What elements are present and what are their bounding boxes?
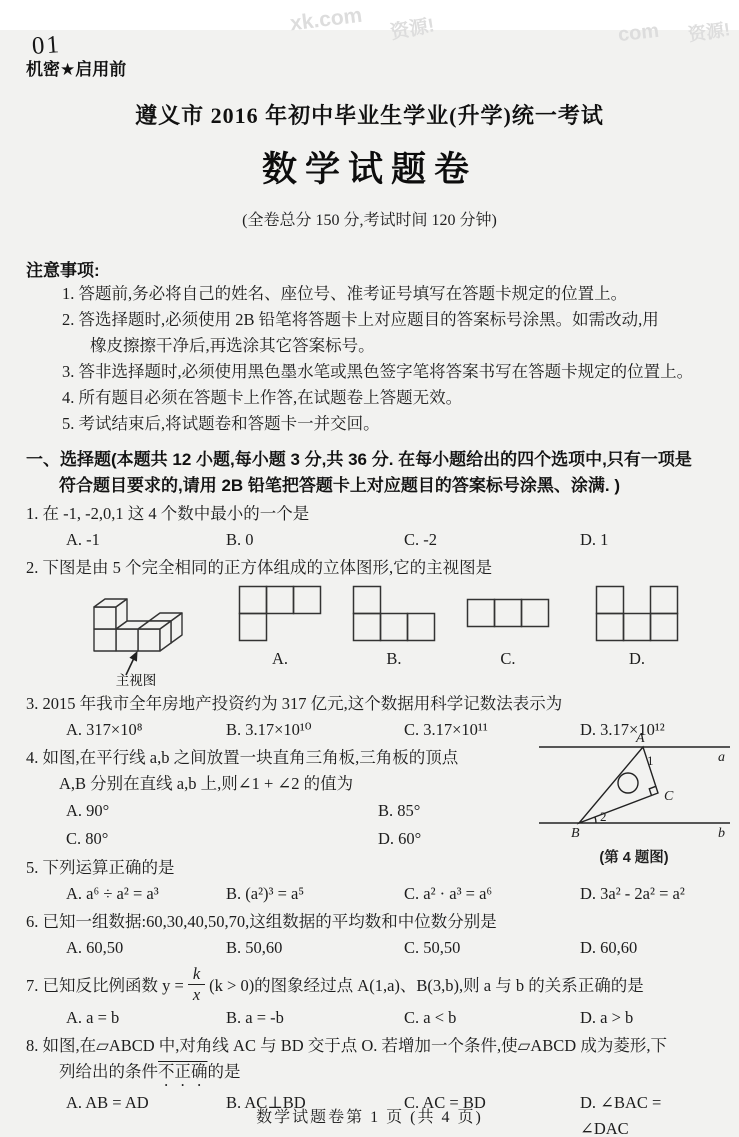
- question-1-text: 1. 在 -1, -2,0,1 这 4 个数中最小的一个是: [26, 501, 713, 527]
- q4-label-C: C: [664, 789, 674, 804]
- q4-figure-caption: (第 4 题图): [534, 846, 734, 867]
- section-1-heading-line1: 一、选择题(本题共 12 小题,每小题 3 分,共 36 分. 在每小题给出的四…: [26, 447, 713, 473]
- cubes-3d-figure: 主视图: [90, 585, 218, 694]
- parallel-lines-triangle-drawing: A B C a b 1 2: [534, 729, 734, 841]
- notice-item-3: 3. 答非选择题时,必须使用黑色墨水笔或黑色签字笔将答案书写在答题卡规定的位置上…: [26, 359, 713, 385]
- exam-info: (全卷总分 150 分,考试时间 120 分钟): [26, 207, 713, 230]
- section-1-heading-line2: 符合题目要求的,请用 2B 铅笔把答题卡上对应题目的答案标号涂黑、涂满. ): [26, 473, 713, 499]
- front-view-arrow: [126, 652, 137, 675]
- q7-option-a: A. a = b: [66, 1005, 226, 1031]
- q3-option-a: A. 317×10⁸: [66, 717, 226, 743]
- question-6-options: A. 60,50 B. 50,60 C. 50,50 D. 60,60: [26, 935, 713, 961]
- question-8-line2: 列给出的条件不正确的是: [26, 1059, 713, 1090]
- handwritten-corner-mark: 01: [31, 31, 62, 61]
- q6-option-c: C. 50,50: [404, 935, 580, 961]
- notice-item-2-cont: 橡皮擦擦干净后,再选涂其它答案标号。: [26, 333, 713, 359]
- question-6-text: 6. 已知一组数据:60,30,40,50,70,这组数据的平均数和中位数分别是: [26, 909, 713, 935]
- section-1-heading: 一、选择题(本题共 12 小题,每小题 3 分,共 36 分. 在每小题给出的四…: [26, 447, 713, 499]
- question-4-figure: A B C a b 1 2 (第 4 题图): [534, 729, 734, 867]
- q2-figure-option-a: A.: [238, 585, 322, 669]
- q5-option-c: C. a² · a³ = a⁶: [404, 881, 580, 907]
- q8-line2-pre: 列给出的条件: [59, 1062, 158, 1081]
- q2-shape-c: [466, 598, 550, 628]
- q4-label-line-a: a: [718, 750, 725, 765]
- q2-figure-option-d: D.: [595, 585, 679, 669]
- page-corner: 01 机密★启用前: [26, 30, 713, 81]
- notice-item-1: 1. 答题前,务必将自己的姓名、座位号、准考证号填写在答题卡规定的位置上。: [26, 281, 713, 307]
- cubes-3d-drawing: 主视图: [90, 585, 218, 689]
- q2-figure-label-c: C.: [466, 649, 550, 669]
- question-4-line2: A,B 分别在直线 a,b 上,则∠1 + ∠2 的值为: [26, 771, 531, 797]
- q7-fraction-numerator: k: [188, 965, 205, 986]
- question-5-options: A. a⁶ ÷ a² = a³ B. (a²)³ = a⁵ C. a² · a³…: [26, 881, 713, 907]
- exam-title: 遵义市 2016 年初中毕业生学业(升学)统一考试: [26, 99, 713, 130]
- question-8-text: 8. 如图,在▱ABCD 中,对角线 AC 与 BD 交于点 O. 若增加一个条…: [26, 1033, 713, 1090]
- q1-option-a: A. -1: [66, 527, 226, 553]
- q4-angle-1-label: 1: [647, 753, 654, 768]
- q2-figure-option-c: C.: [466, 585, 550, 669]
- question-7-options: A. a = b B. a = -b C. a < b D. a > b: [26, 1005, 713, 1031]
- q8-emphasized-text: 不正确: [158, 1062, 208, 1081]
- q2-figure-label-b: B.: [352, 649, 436, 669]
- q7-option-b: B. a = -b: [226, 1005, 404, 1031]
- page-footer: 数学试题卷第 1 页 (共 4 页): [0, 1104, 739, 1127]
- question-2-figures: 主视图 A. B.: [26, 585, 713, 689]
- question-4-line1: 4. 如图,在平行线 a,b 之间放置一块直角三角板,三角板的顶点: [26, 745, 531, 771]
- question-2-text: 2. 下图是由 5 个完全相同的正方体组成的立体图形,它的主视图是: [26, 555, 713, 581]
- q5-option-b: B. (a²)³ = a⁵: [226, 881, 404, 907]
- q6-option-b: B. 50,60: [226, 935, 404, 961]
- q7-fraction-denominator: x: [188, 985, 205, 1004]
- notice-item-5: 5. 考试结束后,将试题卷和答题卡一并交回。: [26, 411, 713, 437]
- q3-option-b: B. 3.17×10¹⁰: [226, 717, 404, 743]
- question-8-line1: 8. 如图,在▱ABCD 中,对角线 AC 与 BD 交于点 O. 若增加一个条…: [26, 1033, 713, 1059]
- q7-fraction: k x: [188, 965, 205, 1004]
- q1-option-c: C. -2: [404, 527, 580, 553]
- question-7-text: 7. 已知反比例函数 y = k x (k > 0)的图象经过点 A(1,a)、…: [26, 963, 713, 1005]
- subject-title: 数学试题卷: [26, 142, 713, 192]
- q4-option-a: A. 90°: [66, 797, 378, 825]
- q4-angle-2-label: 2: [600, 809, 607, 824]
- watermark-top-right: com: [617, 20, 660, 47]
- q8-line2-post: 的是: [208, 1062, 241, 1081]
- q1-option-b: B. 0: [226, 527, 404, 553]
- question-4: 4. 如图,在平行线 a,b 之间放置一块直角三角板,三角板的顶点 A,B 分别…: [26, 745, 713, 853]
- q1-option-d: D. 1: [580, 527, 713, 553]
- q2-shape-d: [595, 585, 679, 642]
- notice-item-4: 4. 所有题目必须在答题卡上作答,在试题卷上答题无效。: [26, 385, 713, 411]
- q4-option-d: D. 60°: [378, 825, 546, 853]
- q6-option-d: D. 60,60: [580, 935, 713, 961]
- question-4-text: 4. 如图,在平行线 a,b 之间放置一块直角三角板,三角板的顶点 A,B 分别…: [26, 745, 531, 797]
- q7-option-d: D. a > b: [580, 1005, 713, 1031]
- q4-option-c: C. 80°: [66, 825, 378, 853]
- q7-option-c: C. a < b: [404, 1005, 580, 1031]
- question-3-text: 3. 2015 年我市全年房地产投资约为 317 亿元,这个数据用科学记数法表示…: [26, 691, 713, 717]
- question-1-options: A. -1 B. 0 C. -2 D. 1: [26, 527, 713, 553]
- q2-figure-label-a: A.: [238, 649, 322, 669]
- notice-item-2: 2. 答选择题时,必须使用 2B 铅笔将答题卡上对应题目的答案标号涂黑。如需改动…: [26, 307, 713, 333]
- q5-option-d: D. 3a² - 2a² = a²: [580, 881, 713, 907]
- q4-label-A: A: [635, 731, 645, 746]
- q7-text-after: (k > 0)的图象经过点 A(1,a)、B(3,b),则 a 与 b 的关系正…: [209, 972, 644, 996]
- q2-figure-option-b: B.: [352, 585, 436, 669]
- front-view-label: 主视图: [116, 673, 157, 688]
- q4-label-B: B: [571, 826, 580, 841]
- q2-shape-a: [238, 585, 322, 642]
- q2-shape-b: [352, 585, 436, 642]
- q5-option-a: A. a⁶ ÷ a² = a³: [66, 881, 226, 907]
- q4-option-b: B. 85°: [378, 797, 546, 825]
- notice-heading: 注意事项:: [26, 256, 713, 281]
- exam-paper-page: 01 机密★启用前 遵义市 2016 年初中毕业生学业(升学)统一考试 数学试题…: [0, 30, 739, 1137]
- q6-option-a: A. 60,50: [66, 935, 226, 961]
- security-label: 机密★启用前: [26, 58, 713, 81]
- question-4-options: A. 90° B. 85° C. 80° D. 60°: [26, 797, 546, 853]
- q7-text-before: 7. 已知反比例函数 y =: [26, 972, 184, 996]
- q4-label-line-b: b: [718, 826, 725, 841]
- q2-figure-label-d: D.: [595, 649, 679, 669]
